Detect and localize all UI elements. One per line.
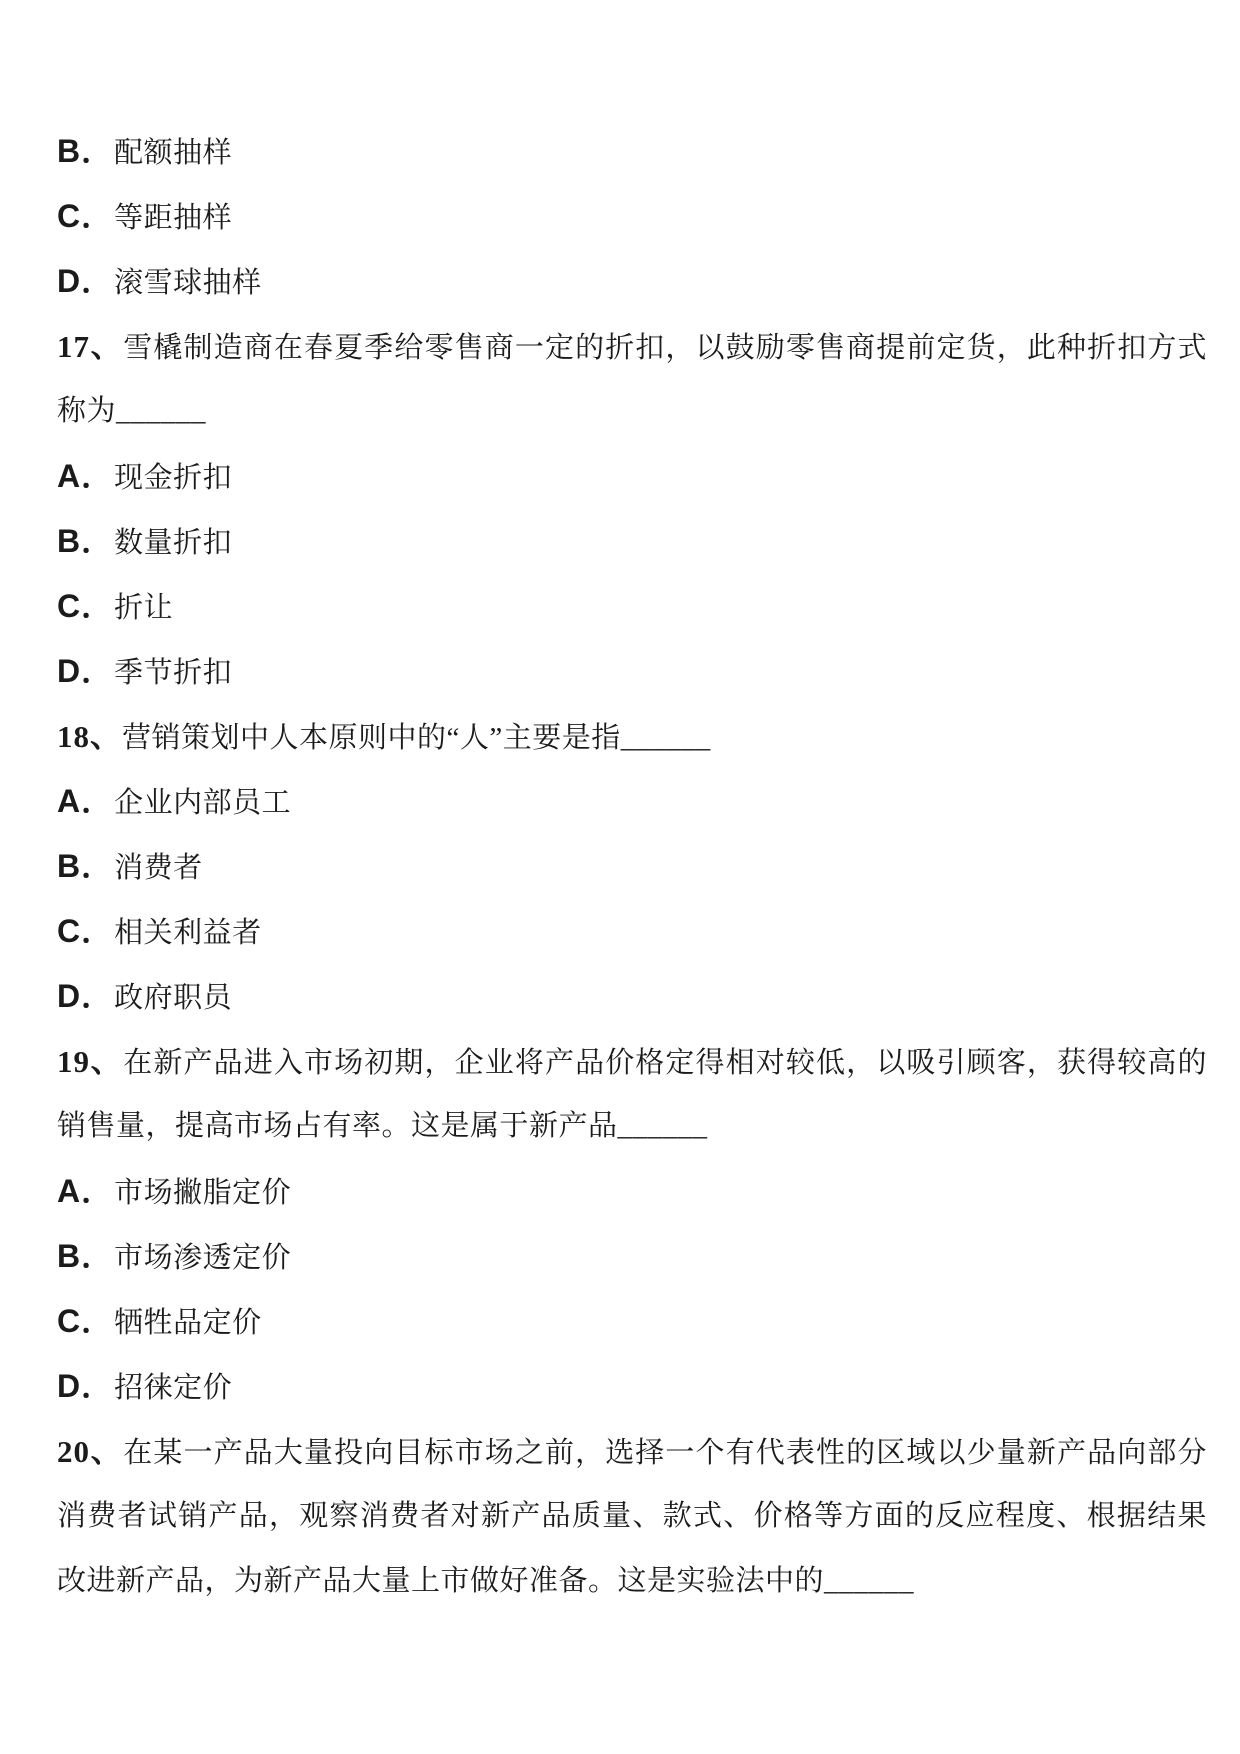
question-text: 消费者试销产品，观察消费者对新产品质量、款式、价格等方面的反应程度、根据结果 xyxy=(57,1500,1207,1532)
option-letter: D． xyxy=(57,978,114,1014)
option-letter: D． xyxy=(57,1368,114,1404)
option-text: 折让 xyxy=(114,592,173,624)
option-letter: B． xyxy=(57,848,114,884)
option-text: 牺牲品定价 xyxy=(114,1307,262,1339)
option-text: 现金折扣 xyxy=(114,462,232,494)
option-line: D．招徕定价 xyxy=(57,1354,1207,1419)
question-text: 销售量，提高市场占有率。这是属于新产品______ xyxy=(57,1110,708,1142)
option-text: 政府职员 xyxy=(114,982,232,1014)
option-line: C．等距抽样 xyxy=(57,184,1207,249)
question-continuation-line: 消费者试销产品，观察消费者对新产品质量、款式、价格等方面的反应程度、根据结果 xyxy=(57,1484,1207,1549)
option-line: A．市场撇脂定价 xyxy=(57,1159,1207,1224)
option-line: A．现金折扣 xyxy=(57,444,1207,509)
option-text: 消费者 xyxy=(114,852,203,884)
question-line: 18、营销策划中人本原则中的“人”主要是指______ xyxy=(57,704,1207,769)
question-text: 改进新产品，为新产品大量上市做好准备。这是实验法中的______ xyxy=(57,1565,914,1597)
option-line: C．牺牲品定价 xyxy=(57,1289,1207,1354)
option-letter: C． xyxy=(57,1303,114,1339)
option-line: D．政府职员 xyxy=(57,964,1207,1029)
question-continuation-line: 销售量，提高市场占有率。这是属于新产品______ xyxy=(57,1094,1207,1159)
option-line: D．季节折扣 xyxy=(57,639,1207,704)
option-text: 市场撇脂定价 xyxy=(114,1177,291,1209)
option-letter: C． xyxy=(57,588,114,624)
question-line: 17、雪橇制造商在春夏季给零售商一定的折扣，以鼓励零售商提前定货，此种折扣方式 xyxy=(57,314,1207,379)
question-number: 20、 xyxy=(57,1434,123,1469)
question-text: 营销策划中人本原则中的“人”主要是指______ xyxy=(122,722,711,754)
option-letter: B． xyxy=(57,523,114,559)
option-letter: B． xyxy=(57,133,114,169)
option-line: B．消费者 xyxy=(57,834,1207,899)
option-line: A．企业内部员工 xyxy=(57,769,1207,834)
question-number: 19、 xyxy=(57,1044,123,1079)
option-line: D．滚雪球抽样 xyxy=(57,249,1207,314)
option-text: 配额抽样 xyxy=(114,137,232,169)
question-text: 称为______ xyxy=(57,395,206,427)
option-text: 滚雪球抽样 xyxy=(114,267,262,299)
option-line: B．数量折扣 xyxy=(57,509,1207,574)
option-text: 招徕定价 xyxy=(114,1372,232,1404)
question-number: 17、 xyxy=(57,329,123,364)
option-text: 企业内部员工 xyxy=(114,787,291,819)
question-continuation-line: 改进新产品，为新产品大量上市做好准备。这是实验法中的______ xyxy=(57,1549,1207,1614)
option-letter: C． xyxy=(57,198,114,234)
option-text: 数量折扣 xyxy=(114,527,232,559)
option-text: 季节折扣 xyxy=(114,657,232,689)
option-letter: A． xyxy=(57,1173,114,1209)
option-line: B．配额抽样 xyxy=(57,119,1207,184)
question-continuation-line: 称为______ xyxy=(57,379,1207,444)
option-text: 等距抽样 xyxy=(114,202,232,234)
question-line: 20、在某一产品大量投向目标市场之前，选择一个有代表性的区域以少量新产品向部分 xyxy=(57,1419,1207,1484)
option-text: 市场渗透定价 xyxy=(114,1242,291,1274)
question-text: 在新产品进入市场初期，企业将产品价格定得相对较低，以吸引顾客，获得较高的 xyxy=(123,1047,1207,1079)
question-text: 在某一产品大量投向目标市场之前，选择一个有代表性的区域以少量新产品向部分 xyxy=(123,1437,1207,1469)
option-text: 相关利益者 xyxy=(114,917,262,949)
question-number: 18、 xyxy=(57,719,122,754)
question-text: 雪橇制造商在春夏季给零售商一定的折扣，以鼓励零售商提前定货，此种折扣方式 xyxy=(123,332,1207,364)
option-letter: A． xyxy=(57,783,114,819)
exam-document-page: B．配额抽样 C．等距抽样 D．滚雪球抽样 17、雪橇制造商在春夏季给零售商一定… xyxy=(0,0,1240,1754)
option-line: C．相关利益者 xyxy=(57,899,1207,964)
option-letter: C． xyxy=(57,913,114,949)
question-line: 19、在新产品进入市场初期，企业将产品价格定得相对较低，以吸引顾客，获得较高的 xyxy=(57,1029,1207,1094)
option-letter: D． xyxy=(57,263,114,299)
option-line: B．市场渗透定价 xyxy=(57,1224,1207,1289)
option-line: C．折让 xyxy=(57,574,1207,639)
option-letter: A． xyxy=(57,458,114,494)
option-letter: B． xyxy=(57,1238,114,1274)
option-letter: D． xyxy=(57,653,114,689)
